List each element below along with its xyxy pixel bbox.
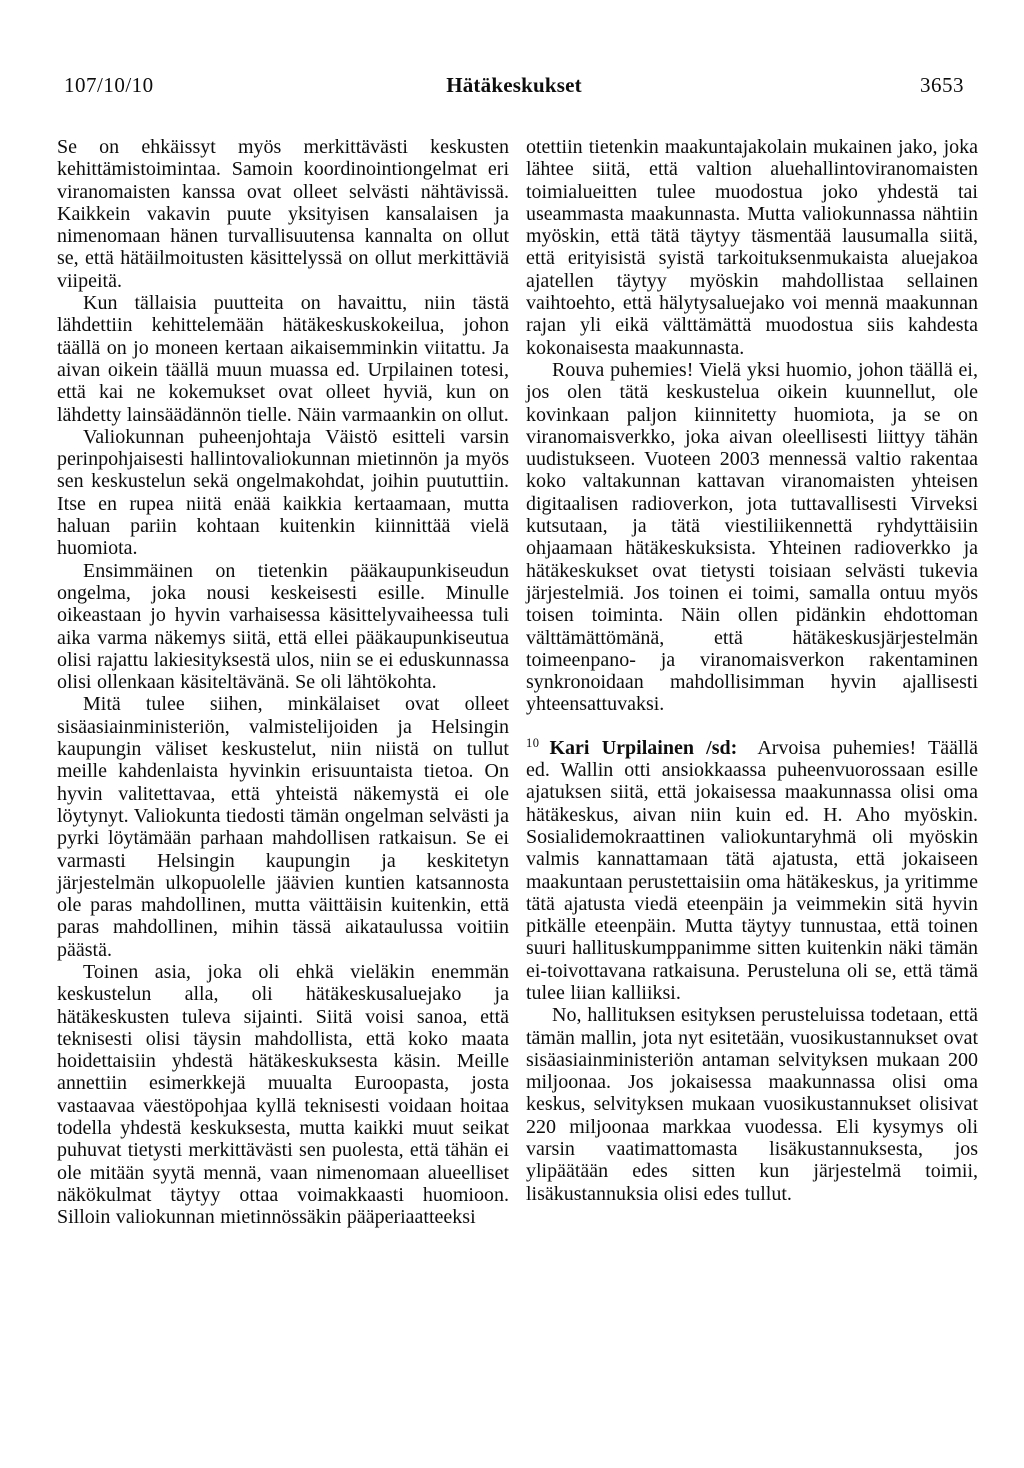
paragraph: Valiokunnan puheenjohtaja Väistö esittel… [57,426,509,560]
text-columns: Se on ehkäissyt myös merkittävästi kesku… [57,136,978,1229]
right-column: otettiin tietenkin maakuntajakolain muka… [526,136,978,1229]
paragraph: Se on ehkäissyt myös merkittävästi kesku… [57,136,509,292]
running-header: 107/10/10 Hätäkeskukset 3653 [64,72,964,98]
speech-turn-number: 10 [526,736,540,750]
paragraph: Toinen asia, joka oli ehkä vieläkin enem… [57,961,509,1229]
paragraph: Rouva puhemies! Vielä yksi huomio, johon… [526,359,978,716]
document-page: 107/10/10 Hätäkeskukset 3653 Se on ehkäi… [0,0,1024,1468]
paragraph: otettiin tietenkin maakuntajakolain muka… [526,136,978,359]
speech-paragraph: 10 Kari Urpilainen /sd: Arvoisa puhemies… [526,737,978,1005]
paragraph: Ensimmäinen on tietenkin pääkaupunkiseud… [57,560,509,694]
speaker-name: Kari Urpilainen /sd: [550,737,738,759]
page-number: 3653 [664,72,964,98]
paragraph: Mitä tulee siihen, minkälaiset ovat olle… [57,693,509,961]
page-title: Hätäkeskukset [364,72,664,98]
paragraph: No, hallituksen esityksen perusteluissa … [526,1004,978,1205]
document-number: 107/10/10 [64,72,364,98]
left-column: Se on ehkäissyt myös merkittävästi kesku… [57,136,509,1229]
paragraph: Kun tällaisia puutteita on havaittu, nii… [57,292,509,426]
